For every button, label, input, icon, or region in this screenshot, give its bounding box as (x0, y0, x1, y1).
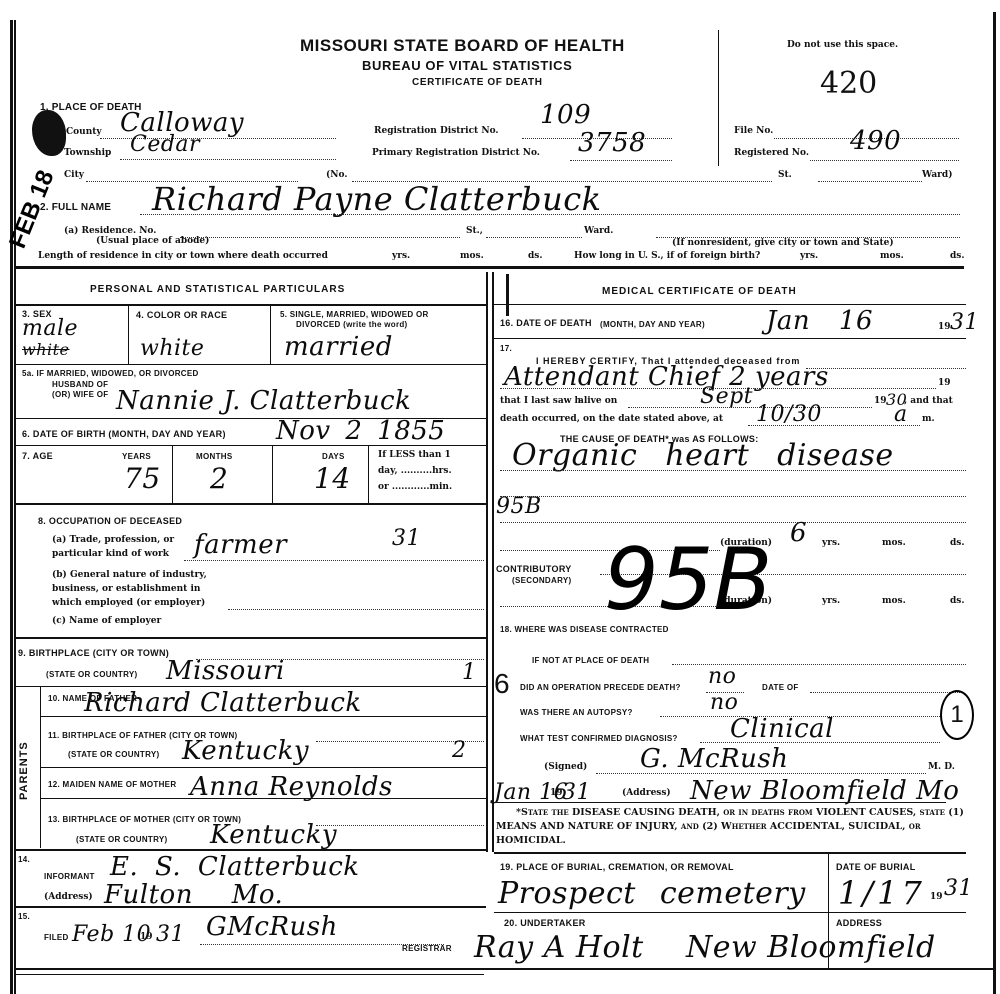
color-label: 4. COLOR OR RACE (136, 310, 227, 320)
and-that-label: , and that (904, 396, 953, 406)
father-name-value: Richard Clatterbuck (84, 688, 362, 718)
burial-date-label: DATE OF BURIAL (836, 862, 916, 872)
registrar-signature: GMcRush (206, 912, 338, 942)
registration-district-value: 109 (540, 100, 591, 130)
yrs-label: yrs. (392, 251, 410, 261)
mother-birthplace-value: Kentucky (210, 820, 337, 850)
duration-yrs-label: yrs. (822, 538, 840, 548)
duration-mos-label: mos. (882, 538, 906, 548)
informant-address-label: (Address) (44, 892, 93, 902)
dod-value: Jan 16 (766, 306, 873, 336)
years-label: YEARS (122, 452, 151, 461)
ink-blot (32, 110, 66, 156)
county-label: County (66, 127, 102, 137)
filed-number: 15. (18, 912, 30, 921)
where-contracted-label: 18. WHERE WAS DISEASE CONTRACTED (500, 625, 669, 634)
last-saw-label-2: alive on (578, 396, 617, 406)
margin-code: 6 (494, 668, 510, 700)
last-saw-label: that I last saw h (500, 396, 581, 406)
last-saw-year-prefix: 19 (874, 396, 887, 406)
parents-label: PARENTS (18, 741, 30, 800)
foreign-yrs-label: yrs. (800, 251, 818, 261)
dob-value: Nov 2 1855 (276, 416, 445, 446)
occupation-c-label: (c) Name of employer (52, 616, 161, 626)
marital-value: married (284, 332, 393, 362)
less-than-1-label: If LESS than 1 (378, 450, 451, 460)
foreign-mos-label: mos. (880, 251, 904, 261)
mos-label: mos. (460, 251, 484, 261)
file-no-label: File No. (734, 126, 773, 136)
primary-registration-label: Primary Registration District No. (372, 148, 540, 158)
burial-place-label: 19. PLACE OF BURIAL, CREMATION, OR REMOV… (500, 862, 734, 872)
time-of-death: 10/30 (756, 402, 822, 427)
street-no-label: (No. (326, 170, 347, 180)
medical-section-title: MEDICAL CERTIFICATE OF DEATH (602, 286, 797, 297)
undertaker-label: 20. UNDERTAKER (504, 918, 586, 928)
wife-of-label: (OR) WIFE OF (52, 390, 108, 399)
filed-label: FILED (44, 933, 69, 942)
center-divider-right (492, 272, 494, 852)
age-days: 14 (314, 462, 351, 495)
occupation-label: 8. OCCUPATION OF DECEASED (38, 516, 182, 526)
filed-year-value: 31 (156, 922, 185, 947)
nonresident-note: (If nonresident, give city or town and S… (672, 238, 894, 248)
informant-label: INFORMANT (44, 872, 95, 881)
township-value: Cedar (130, 132, 200, 157)
circled-code: 1 (940, 690, 974, 740)
occupation-a-label-2: particular kind of work (52, 549, 169, 559)
birthplace-state-label: (STATE OR COUNTRY) (46, 670, 137, 679)
signed-label: (Signed) (544, 762, 587, 772)
age-months: 2 (210, 462, 228, 495)
mother-state-label: (STATE OR COUNTRY) (76, 835, 167, 844)
contributory-ds-label: ds. (950, 596, 965, 606)
occupation-b-label-3: which employed (or employer) (52, 598, 205, 608)
am-pm-value: a (894, 402, 908, 427)
mother-name-label: 12. MAIDEN NAME OF MOTHER (48, 780, 176, 789)
physician-signature: G. McRush (640, 744, 788, 774)
residence-street-label: St., (466, 226, 483, 236)
dod-year-value: 31 (950, 310, 979, 335)
physician-address-label: (Address) (622, 788, 671, 798)
stamped-number: 420 (820, 66, 877, 101)
not-at-place-label: IF NOT AT PLACE OF DEATH (532, 656, 649, 665)
board-title: MISSOURI STATE BOARD OF HEALTH (300, 36, 625, 56)
residence-sub-label: (Usual place of abode) (96, 236, 209, 246)
duration-ds-label: ds. (950, 538, 965, 548)
dod-label: 16. DATE OF DEATH (500, 318, 592, 328)
operation-value: no (708, 664, 736, 689)
personal-section-title: PERSONAL AND STATISTICAL PARTICULARS (90, 284, 345, 295)
last-saw-date: Sept (700, 384, 753, 409)
occupation-code: 31 (392, 526, 421, 551)
months-label: MONTHS (196, 452, 232, 461)
registration-district-label: Registration District No. (374, 126, 499, 136)
undertaker-value: Ray A Holt (474, 930, 644, 965)
min-label: or ............min. (378, 482, 452, 492)
occupation-b-label: (b) General nature of industry, (52, 570, 207, 580)
residence-label: (a) Residence. No. (64, 226, 156, 236)
informant-number: 14. (18, 855, 30, 864)
filed-year-prefix: 19 (140, 932, 153, 942)
length-of-residence-label: Length of residence in city or town wher… (38, 251, 328, 261)
birthplace-value: Missouri (166, 656, 285, 686)
foreign-birth-label: How long in U. S., if of foreign birth? (574, 251, 760, 261)
age-years: 75 (124, 462, 161, 495)
full-name-value: Richard Payne Clatterbuck (152, 180, 602, 218)
spouse-label: 5a. IF MARRIED, WIDOWED, OR DIVORCED (22, 369, 199, 378)
header-bottom-rule (14, 266, 964, 269)
duration-years: 6 (790, 518, 807, 548)
meridian-label: m. (922, 414, 935, 424)
occupation-value: farmer (194, 530, 287, 560)
color-value: white (140, 336, 204, 361)
marital-label-2: DIVORCED (write the word) (296, 320, 408, 329)
ward-label: Ward) (922, 170, 952, 180)
cause-code-large: 95B (604, 530, 772, 630)
registrar-label: REGISTRAR (402, 944, 452, 953)
autopsy-value: no (710, 690, 738, 715)
contributory-yrs-label: yrs. (822, 596, 840, 606)
signed-year-prefix: 19 (550, 788, 563, 798)
right-page-border (993, 12, 996, 994)
contributory-mos-label: mos. (882, 596, 906, 606)
dod-year-prefix: 19 (938, 322, 951, 332)
spouse-value: Nannie J. Clatterbuck (116, 386, 411, 416)
burial-year-value: 31 (944, 876, 973, 901)
center-divider-left (486, 272, 488, 852)
cause-of-death-value: Organic heart disease (512, 438, 894, 473)
hrs-label: day, ..........hrs. (378, 466, 452, 476)
occupation-a-label: (a) Trade, profession, or (52, 535, 174, 545)
header-divider (718, 30, 719, 166)
birthplace-code: 1 (462, 660, 477, 685)
city-label: City (64, 170, 84, 180)
father-birthplace-value: Kentucky (182, 736, 309, 766)
sex-value: male (22, 316, 78, 341)
occupation-b-label-2: business, or establishment in (52, 584, 200, 594)
burial-year-prefix: 19 (930, 892, 943, 902)
cause-footnote: *State the DISEASE CAUSING DEATH, or in … (496, 806, 964, 848)
date-of-operation-label: DATE OF (762, 683, 799, 692)
autopsy-label: WAS THERE AN AUTOPSY? (520, 708, 633, 717)
registered-no-value: 490 (850, 126, 901, 156)
primary-registration-value: 3758 (578, 128, 646, 158)
certificate-title: CERTIFICATE OF DEATH (412, 77, 543, 88)
left-page-border (10, 20, 13, 994)
attended-year-prefix: 19 (938, 378, 951, 388)
margin-mark (506, 274, 509, 316)
burial-date-value: 1/17 (838, 874, 926, 912)
dob-label: 6. DATE OF BIRTH (MONTH, DAY AND YEAR) (22, 429, 226, 439)
age-label: 7. AGE (22, 451, 53, 461)
contributory-label: CONTRIBUTORY (496, 564, 572, 574)
residence-ward-label: Ward. (584, 226, 613, 236)
father-birthplace-code: 2 (452, 738, 467, 763)
operation-label: DID AN OPERATION PRECEDE DEATH? (520, 683, 681, 692)
cause-code-small: 95B (496, 494, 542, 519)
township-label: Township (64, 148, 111, 158)
burial-place-value: Prospect cemetery (498, 876, 806, 911)
test-label: WHAT TEST CONFIRMED DIAGNOSIS? (520, 734, 678, 743)
dod-sub-label: (MONTH, DAY AND YEAR) (600, 320, 705, 329)
birthplace-label: 9. BIRTHPLACE (CITY OR TOWN) (18, 648, 169, 658)
bureau-title: BUREAU OF VITAL STATISTICS (362, 58, 572, 73)
md-label: M. D. (928, 762, 955, 772)
ds-label: ds. (528, 251, 543, 261)
undertaker-address-value: New Bloomfield (686, 930, 936, 965)
street-label: St. (778, 170, 792, 180)
sex-struck-value: white (22, 340, 70, 359)
marital-label: 5. SINGLE, MARRIED, WIDOWED OR (280, 310, 429, 319)
informant-value: E. S. Clatterbuck (110, 852, 360, 882)
days-label: DAYS (322, 452, 345, 461)
foreign-ds-label: ds. (950, 251, 965, 261)
father-state-label: (STATE OR COUNTRY) (68, 750, 159, 759)
undertaker-address-label: ADDRESS (836, 918, 882, 928)
secondary-label: (SECONDARY) (512, 576, 571, 585)
item-17-label: 17. (500, 344, 512, 353)
do-not-use-label: Do not use this space. (787, 40, 898, 50)
death-occurred-label: death occurred, on the date stated above… (500, 414, 723, 424)
registered-no-label: Registered No. (734, 148, 809, 158)
test-value: Clinical (730, 714, 834, 744)
husband-of-label: HUSBAND OF (52, 380, 108, 389)
full-name-label: 2. FULL NAME (40, 202, 111, 213)
